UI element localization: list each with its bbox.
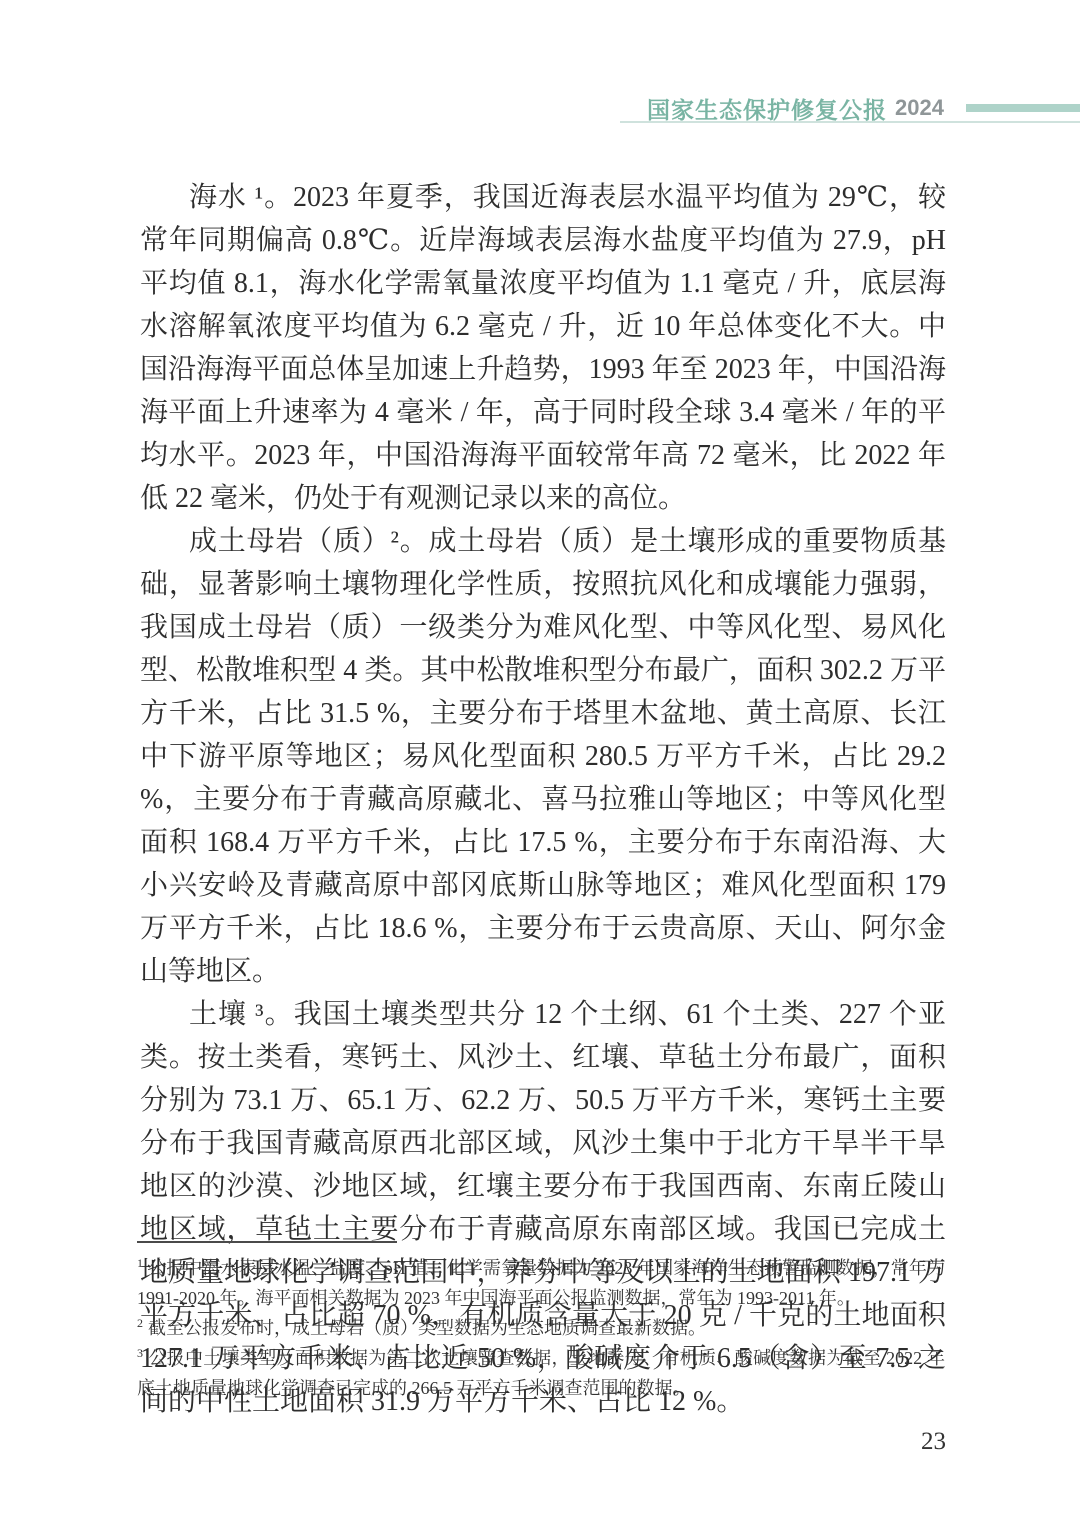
document-body: 海水 ¹。2023 年夏季，我国近海表层水温平均值为 29℃，较常年同期偏高 0… — [140, 176, 946, 1423]
document-page: 国家生态保护修复公报 2024 海水 ¹。2023 年夏季，我国近海表层水温平均… — [0, 0, 1080, 1527]
footnotes-section: 1公报中海水表层水温、盐度、pH 值、化学需氧量数据为 2023 年国家海洋生态… — [137, 1241, 945, 1403]
footnote-1-marker: 1 — [137, 1256, 143, 1270]
footnote-2-text: 截至公报发布时，成土母岩（质）类型数据为生态地质调查最新数据。 — [148, 1318, 706, 1338]
paragraph-soil-parent-rock: 成土母岩（质）²。成土母岩（质）是土壤形成的重要物质基础，显著影响土壤物理化学性… — [140, 520, 946, 993]
footnote-1-text: 公报中海水表层水温、盐度、pH 值、化学需氧量数据为 2023 年国家海洋生态预… — [137, 1258, 945, 1308]
footnote-2-marker: 2 — [137, 1316, 143, 1330]
footnote-2: 2截至公报发布时，成土母岩（质）类型数据为生态地质调查最新数据。 — [137, 1313, 945, 1343]
footnote-3-marker: 3 — [137, 1346, 143, 1360]
header-year: 2024 — [895, 95, 944, 121]
paragraph-seawater: 海水 ¹。2023 年夏季，我国近海表层水温平均值为 29℃，较常年同期偏高 0… — [140, 176, 946, 520]
footnote-separator — [137, 1241, 397, 1243]
footnote-1: 1公报中海水表层水温、盐度、pH 值、化学需氧量数据为 2023 年国家海洋生态… — [137, 1253, 945, 1313]
footnote-3-text: 公报中土壤类型及面积数据为第二次土壤普查数据，土地养分、有机质、酸碱度数据为截至… — [137, 1348, 945, 1398]
footnote-3: 3公报中土壤类型及面积数据为第二次土壤普查数据，土地养分、有机质、酸碱度数据为截… — [137, 1343, 945, 1403]
page-number: 23 — [0, 1428, 946, 1456]
page-header: 国家生态保护修复公报 2024 — [0, 93, 1080, 123]
header-accent-bar — [966, 104, 1080, 112]
header-title: 国家生态保护修复公报 — [647, 92, 887, 125]
header-rule — [620, 121, 1080, 123]
